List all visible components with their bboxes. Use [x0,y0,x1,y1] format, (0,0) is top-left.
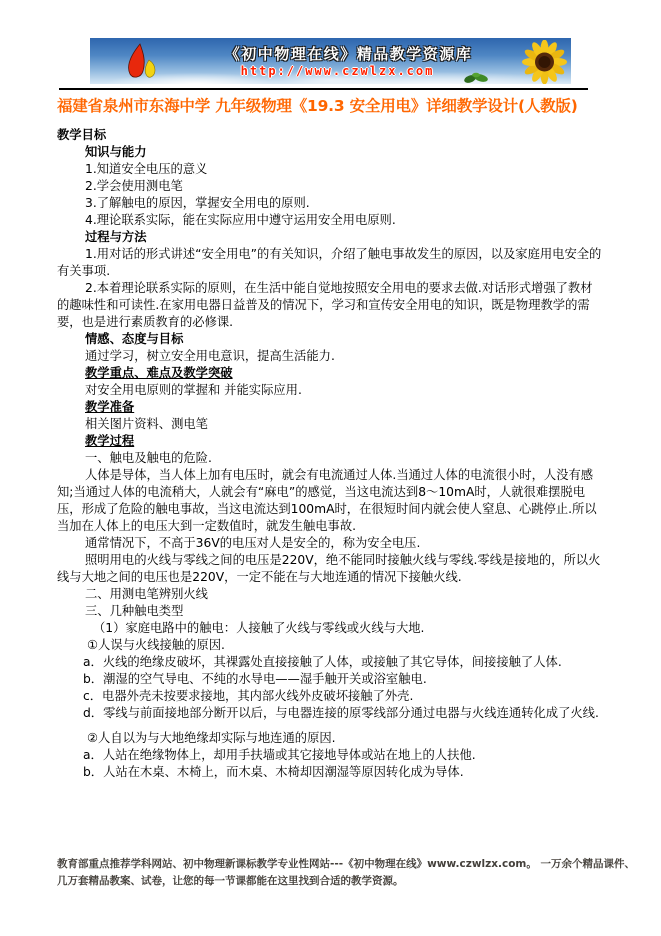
site-logo-icon [118,43,162,81]
paragraph: 3.了解触电的原因，掌握安全用电的原则. [85,195,604,212]
paragraph: d．零线与前面接地部分断开以后，与电器连接的原零线部分通过电器与火线连通转化成了… [57,705,604,722]
leaf-icon [463,71,491,84]
paragraph: 1.知道安全电压的意义 [85,161,604,178]
paragraph: a．人站在绝缘物体上，却用手扶墙或其它接地导体或站在地上的人扶他. [83,747,604,764]
horizontal-rule [59,88,588,90]
footer-line: 几万套精品教案、试卷，让您的每一节课都能在这里找到合适的教学资源。 [57,873,639,890]
section-heading: 过程与方法 [85,229,604,246]
paragraph: 1.用对话的形式讲述“安全用电”的有关知识，介绍了触电事故发生的原因，以及家庭用… [57,246,604,280]
footer-line: 教育部重点推荐学科网站、初中物理新课标教学专业性网站---《初中物理在线》www… [57,856,639,873]
paragraph: 相关图片资料、测电笔 [85,416,604,433]
page-footer: 教育部重点推荐学科网站、初中物理新课标教学专业性网站---《初中物理在线》www… [57,856,639,890]
paragraph: b．人站在木桌、木椅上，而木桌、木椅却因潮湿等原因转化成为导体. [83,764,604,781]
paragraph: 二、用测电笔辨别火线 [85,586,604,603]
paragraph: c．电器外壳未按要求接地，其内部火线外皮破坏接触了外壳. [83,688,604,705]
section-heading: 教学目标 [57,127,604,144]
paragraph: 通常情况下，不高于36V的电压对人是安全的，称为安全电压. [57,535,604,552]
paragraph: ②人自以为与大地绝缘却实际与地连通的原因. [87,730,604,747]
paragraph: 对安全用电原则的掌握和 并能实际应用. [85,382,604,399]
paragraph: 2.学会使用测电笔 [85,178,604,195]
paragraph: 人体是导体，当人体上加有电压时，就会有电流通过人体.当通过人体的电流很小时，人没… [57,467,604,535]
section-heading: 教学重点、难点及教学突破 [85,365,604,382]
paragraph: 4.理论联系实际，能在实际应用中遵守运用安全用电原则. [85,212,604,229]
document-body: 教学目标知识与能力1.知道安全电压的意义2.学会使用测电笔3.了解触电的原因，掌… [57,127,604,781]
paragraph: a．火线的绝缘皮破坏，其裸露处直接接触了人体，或接触了其它导体，间接接触了人体. [83,654,604,671]
paragraph: 通过学习，树立安全用电意识，提高生活能力. [85,348,604,365]
paragraph: ①人误与火线接触的原因. [87,637,604,654]
paragraph: 一、触电及触电的危险. [85,450,604,467]
paragraph: 照明用电的火线与零线之间的电压是220V，绝不能同时接触火线与零线.零线是接地的… [57,552,604,586]
document-page: 《初中物理在线》精品教学资源库 http://www.czwlzx.com [0,0,661,936]
paragraph: （1）家庭电路中的触电：人接触了火线与零线或火线与大地. [93,620,604,637]
section-heading: 知识与能力 [85,144,604,161]
section-heading: 教学过程 [85,433,604,450]
banner-site-url: http://www.czwlzx.com [90,64,571,78]
banner-site-title: 《初中物理在线》精品教学资源库 [90,43,571,64]
banner-image: 《初中物理在线》精品教学资源库 http://www.czwlzx.com [90,38,571,84]
section-heading: 教学准备 [85,399,604,416]
section-heading: 情感、态度与目标 [85,331,604,348]
paragraph: b．潮湿的空气导电、不纯的水导电——湿手触开关或浴室触电. [83,671,604,688]
paragraph: 2.本着理论联系实际的原则，在生活中能自觉地按照安全用电的要求去做.对话形式增强… [57,280,604,331]
sunflower-icon [521,40,568,84]
paragraph: 三、几种触电类型 [85,603,604,620]
page-title: 福建省泉州市东海中学 九年级物理《19.3 安全用电》详细教学设计(人教版) [57,94,604,116]
